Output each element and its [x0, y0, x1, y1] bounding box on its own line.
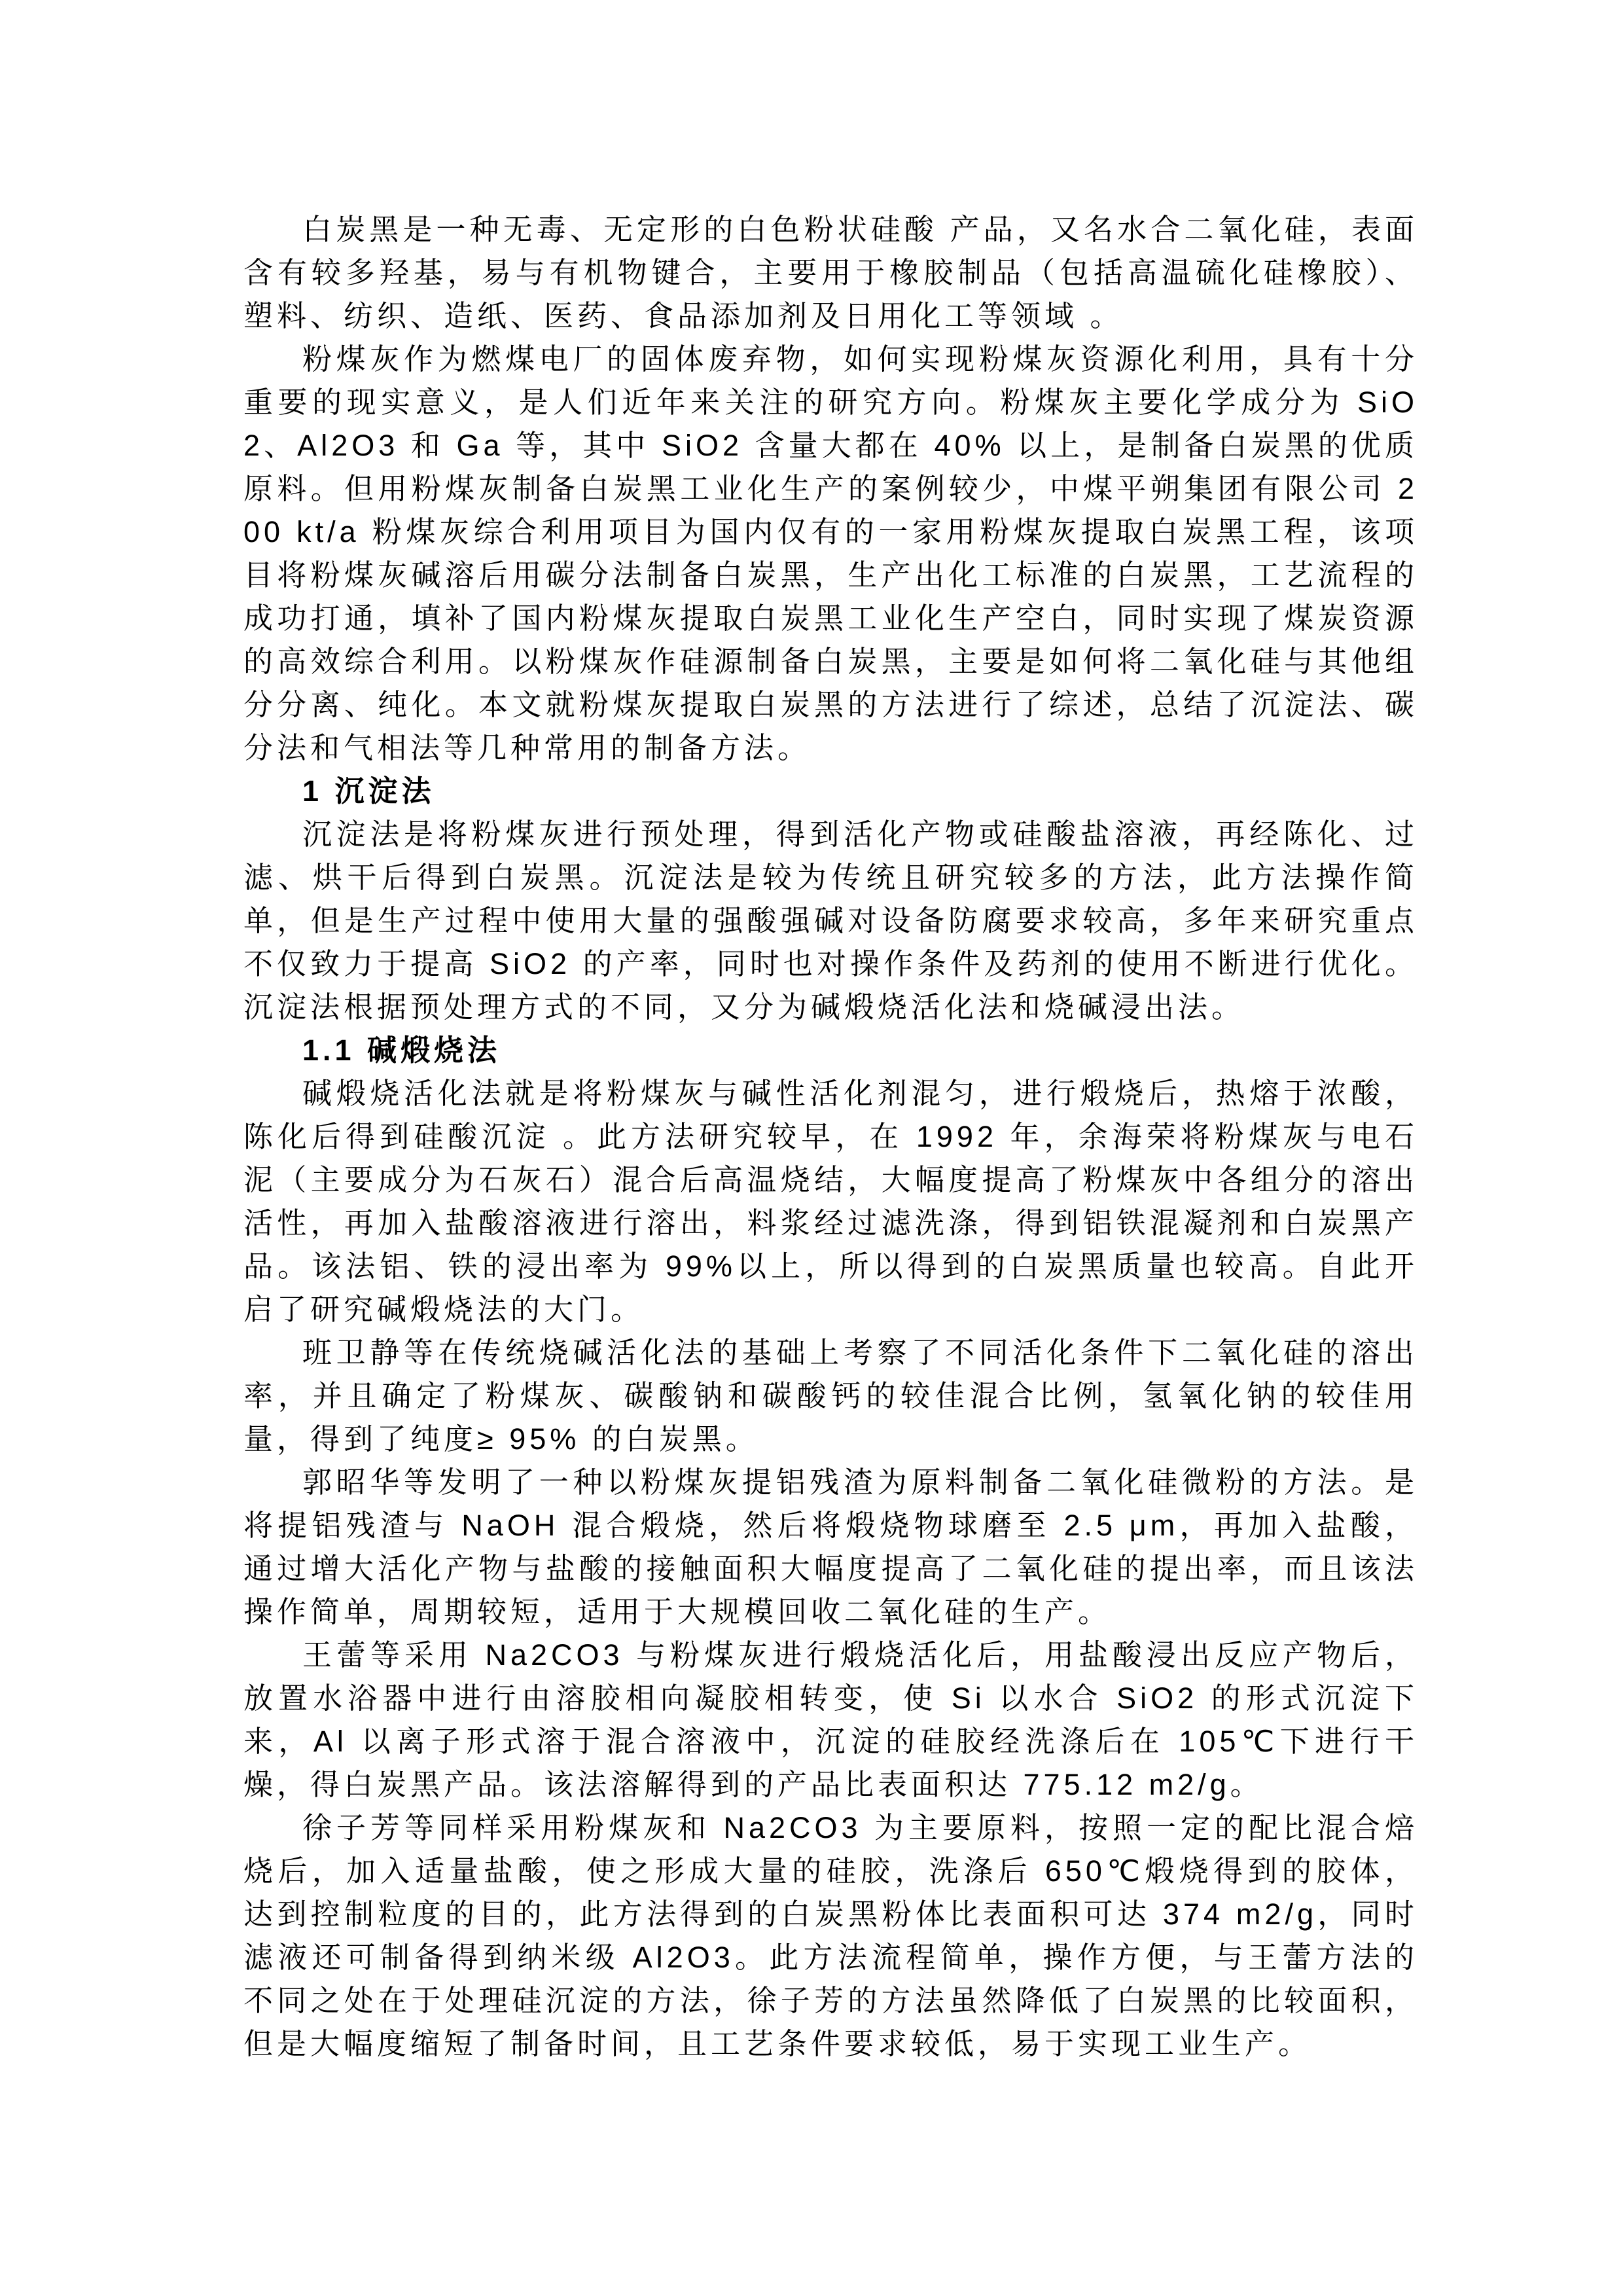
paragraph-precipitation-method: 沉淀法是将粉煤灰进行预处理，得到活化产物或硅酸盐溶液，再经陈化、过滤、烘干后得到…: [243, 813, 1418, 1029]
paragraph-guo-zhaohua-method: 郭昭华等发明了一种以粉煤灰提铝残渣为原料制备二氧化硅微粉的方法。是将提铝残渣与 …: [243, 1461, 1418, 1634]
section-heading-1-precipitation-method: 1 沉淀法: [243, 770, 1418, 813]
paragraph-xu-zifang-method: 徐子芳等同样采用粉煤灰和 Na2CO3 为主要原料，按照一定的配比混合焙烧后，加…: [243, 1806, 1418, 2066]
paragraph-intro-silica: 白炭黑是一种无毒、无定形的白色粉状硅酸 产品，又名水合二氧化硅，表面含有较多羟基…: [243, 208, 1418, 338]
document-body: 白炭黑是一种无毒、无定形的白色粉状硅酸 产品，又名水合二氧化硅，表面含有较多羟基…: [243, 208, 1418, 2066]
paragraph-wang-lei-method: 王蕾等采用 Na2CO3 与粉煤灰进行煅烧活化后，用盐酸浸出反应产物后，放置水浴…: [243, 1634, 1418, 1806]
paragraph-alkali-calcination: 碱煅烧活化法就是将粉煤灰与碱性活化剂混匀，进行煅烧后，热熔于浓酸，陈化后得到硅酸…: [243, 1072, 1418, 1331]
document-page: 白炭黑是一种无毒、无定形的白色粉状硅酸 产品，又名水合二氧化硅，表面含有较多羟基…: [0, 0, 1623, 2296]
paragraph-ban-weijing-study: 班卫静等在传统烧碱活化法的基础上考察了不同活化条件下二氧化硅的溶出率，并且确定了…: [243, 1331, 1418, 1461]
section-heading-1-1-alkali-calcination: 1.1 碱煅烧法: [243, 1029, 1418, 1072]
paragraph-fly-ash-overview: 粉煤灰作为燃煤电厂的固体废弃物，如何实现粉煤灰资源化利用，具有十分重要的现实意义…: [243, 338, 1418, 770]
